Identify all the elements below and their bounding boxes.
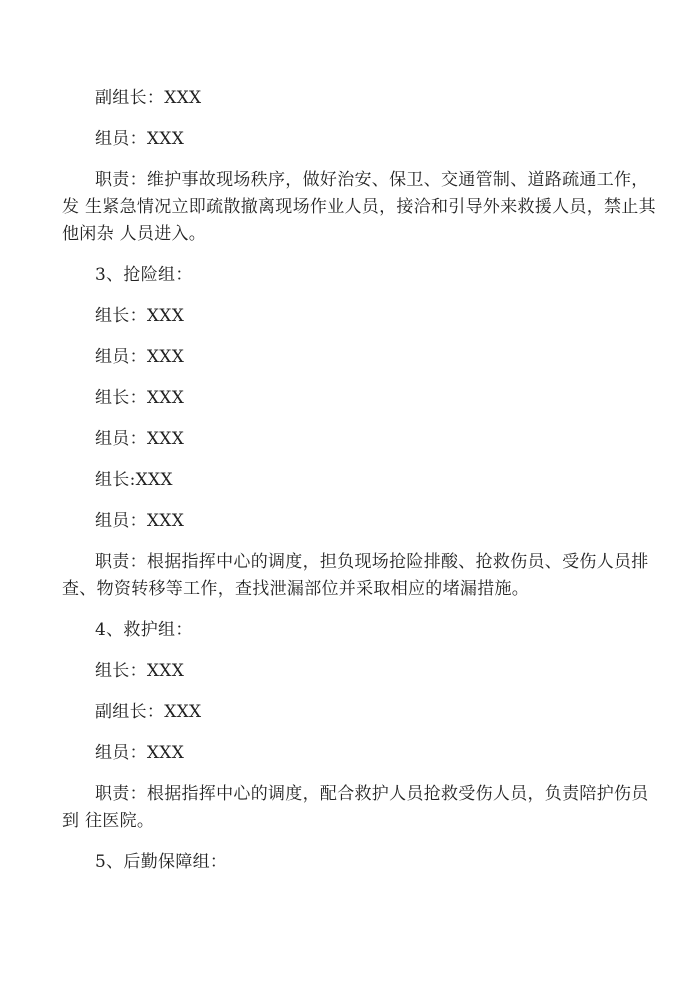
text-line: 组长：XXX <box>62 385 640 412</box>
section-heading-emergency-rescue-group: 3、抢险组： <box>62 262 640 289</box>
text-line: 组员：XXX <box>62 126 640 153</box>
section-heading-medical-aid-group: 4、救护组： <box>62 617 640 644</box>
section-heading-text: 5、后勤保障组： <box>62 849 640 876</box>
text-line: 组长：XXX <box>62 303 640 330</box>
duties-paragraph-security: 职责：维护事故现场秩序，做好治安、保卫、交通管制、道路疏通工作， 发 生紧急情况… <box>62 167 640 248</box>
text-line: 组员：XXX <box>62 344 640 371</box>
text-line: 副组长：XXX <box>62 699 640 726</box>
text-line: 他闲杂 人员进入。 <box>62 221 640 248</box>
member-item: 组员：XXX <box>62 344 640 371</box>
text-line: 查、物资转移等工作，查找泄漏部位并采取相应的堵漏措施。 <box>62 576 640 603</box>
text-line: 组长：XXX <box>62 658 640 685</box>
text-line: 组员：XXX <box>62 426 640 453</box>
member-item: 组员：XXX <box>62 426 640 453</box>
text-line: 职责：根据指挥中心的调度，担负现场抢险排酸、抢救伤员、受伤人员排 <box>62 549 640 576</box>
leader-item: 组长:XXX <box>62 467 640 494</box>
text-line: 职责：根据指挥中心的调度，配合救护人员抢救受伤人员，负责陪护伤员 <box>62 781 640 808</box>
deputy-leader-item: 副组长：XXX <box>62 699 640 726</box>
member-item: 组员：XXX <box>62 740 640 767</box>
deputy-leader-item: 副组长：XXX <box>62 85 640 112</box>
section-heading-logistics-support-group: 5、后勤保障组： <box>62 849 640 876</box>
duties-paragraph-medical: 职责：根据指挥中心的调度，配合救护人员抢救受伤人员，负责陪护伤员 到 往医院。 <box>62 781 640 835</box>
text-line: 组员：XXX <box>62 740 640 767</box>
leader-item: 组长：XXX <box>62 658 640 685</box>
document-body: 副组长：XXX 组员：XXX 职责：维护事故现场秩序，做好治安、保卫、交通管制、… <box>62 85 640 876</box>
text-line: 组长:XXX <box>62 467 640 494</box>
member-item: 组员：XXX <box>62 126 640 153</box>
leader-item: 组长：XXX <box>62 385 640 412</box>
text-line: 副组长：XXX <box>62 85 640 112</box>
leader-item: 组长：XXX <box>62 303 640 330</box>
duties-paragraph-rescue: 职责：根据指挥中心的调度，担负现场抢险排酸、抢救伤员、受伤人员排 查、物资转移等… <box>62 549 640 603</box>
text-line: 到 往医院。 <box>62 808 640 835</box>
section-heading-text: 4、救护组： <box>62 617 640 644</box>
text-line: 职责：维护事故现场秩序，做好治安、保卫、交通管制、道路疏通工作， <box>62 167 640 194</box>
document-page: 副组长：XXX 组员：XXX 职责：维护事故现场秩序，做好治安、保卫、交通管制、… <box>0 0 700 990</box>
member-item: 组员：XXX <box>62 508 640 535</box>
text-line: 组员：XXX <box>62 508 640 535</box>
text-line: 发 生紧急情况立即疏散撤离现场作业人员，接洽和引导外来救援人员，禁止其 <box>62 194 640 221</box>
section-heading-text: 3、抢险组： <box>62 262 640 289</box>
